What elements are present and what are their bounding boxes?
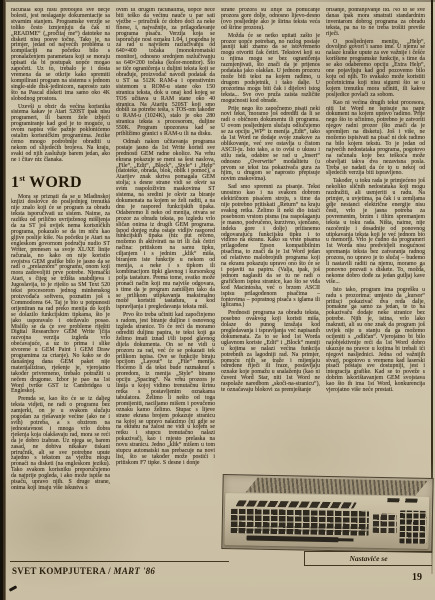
body-paragraph: Isto tako, program ima pogrešku u radu s…	[326, 288, 425, 394]
numeric-keypad	[399, 510, 427, 544]
body-paragraph: Prije nego što započnemo pisati neki nov…	[221, 107, 320, 184]
body-paragraph: Prvo što treba učiniti kad započinjemo s…	[116, 313, 215, 467]
body-paragraph: Također, u toku rada je primjećeno još n…	[326, 179, 425, 285]
atari-badge	[387, 498, 421, 503]
article-title: 1st WORD	[11, 171, 110, 191]
body-paragraph: Uzevši u obzir da većina korisnika siste…	[11, 105, 110, 164]
keyboard-case	[224, 493, 429, 549]
body-paragraph: Prednosti programa za obradu teksta, pos…	[221, 311, 320, 394]
pen-mark	[9, 585, 17, 591]
magazine-page-scan: računala koji nisu preboljeli sve dečje …	[0, 0, 435, 600]
to-be-continued-label: Nastaviće se	[349, 554, 387, 563]
scan-edge-left	[0, 0, 6, 600]
body-paragraph: Kao ni većina drugih tekst procesora, ni…	[326, 101, 425, 178]
text-column-4: brisanje, pohranjivanje itd. No to se sv…	[326, 8, 425, 508]
text-column-1: računala koji nisu preboljeli sve dečje …	[11, 8, 110, 558]
body-paragraph: računala koji nisu preboljeli sve dečje …	[11, 8, 110, 103]
text-column-2: ovim ili drugim računalima, uopće neće b…	[116, 8, 215, 558]
atari-st-keyboard-photo	[221, 474, 433, 553]
body-paragraph: O posljednjem meniju, „Help“, dovoljno g…	[326, 40, 425, 99]
magazine-name: SVET KOMPJUTERA /	[12, 566, 111, 576]
issue-date: MART '86	[114, 566, 156, 576]
title-superscript: st	[19, 174, 25, 183]
body-paragraph: Odmah nakon učitavanja programa postaje …	[116, 140, 215, 311]
main-key-block	[231, 508, 369, 536]
body-paragraph: brisanje, pohranjivanje itd. No to se sv…	[326, 8, 425, 38]
article-columns: računala koji nisu preboljeli sve dečje …	[11, 8, 425, 558]
cursor-key-block	[373, 513, 397, 533]
body-paragraph: Sad smo spremni za pisanje. Tekst unosim…	[221, 185, 320, 309]
footer-magazine-line: SVET KOMPJUTERA / MART '86	[12, 566, 155, 576]
body-paragraph: strane prozora su linije za pomicanje pr…	[221, 8, 320, 32]
body-paragraph: Mora se priznati da se u Mladinskoj knji…	[11, 195, 110, 396]
title-word: WORD	[29, 174, 82, 191]
to-be-continued-box: Nastaviće se	[304, 551, 432, 566]
body-paragraph: Premda se, kao što će se iz daljeg tekst…	[11, 397, 110, 492]
scan-edge-top	[6, 0, 435, 2]
body-paragraph: ovim ili drugim računalima, uopće neće b…	[116, 8, 215, 138]
body-paragraph: Možda će se netko upitati zašto je prozo…	[221, 34, 320, 105]
footer-rule	[10, 561, 229, 562]
text-column-3: strane prozora su linije za pomicanje pr…	[221, 8, 320, 470]
spacebar	[246, 535, 338, 542]
function-key-row	[236, 500, 357, 508]
page-number: 19	[412, 572, 422, 583]
